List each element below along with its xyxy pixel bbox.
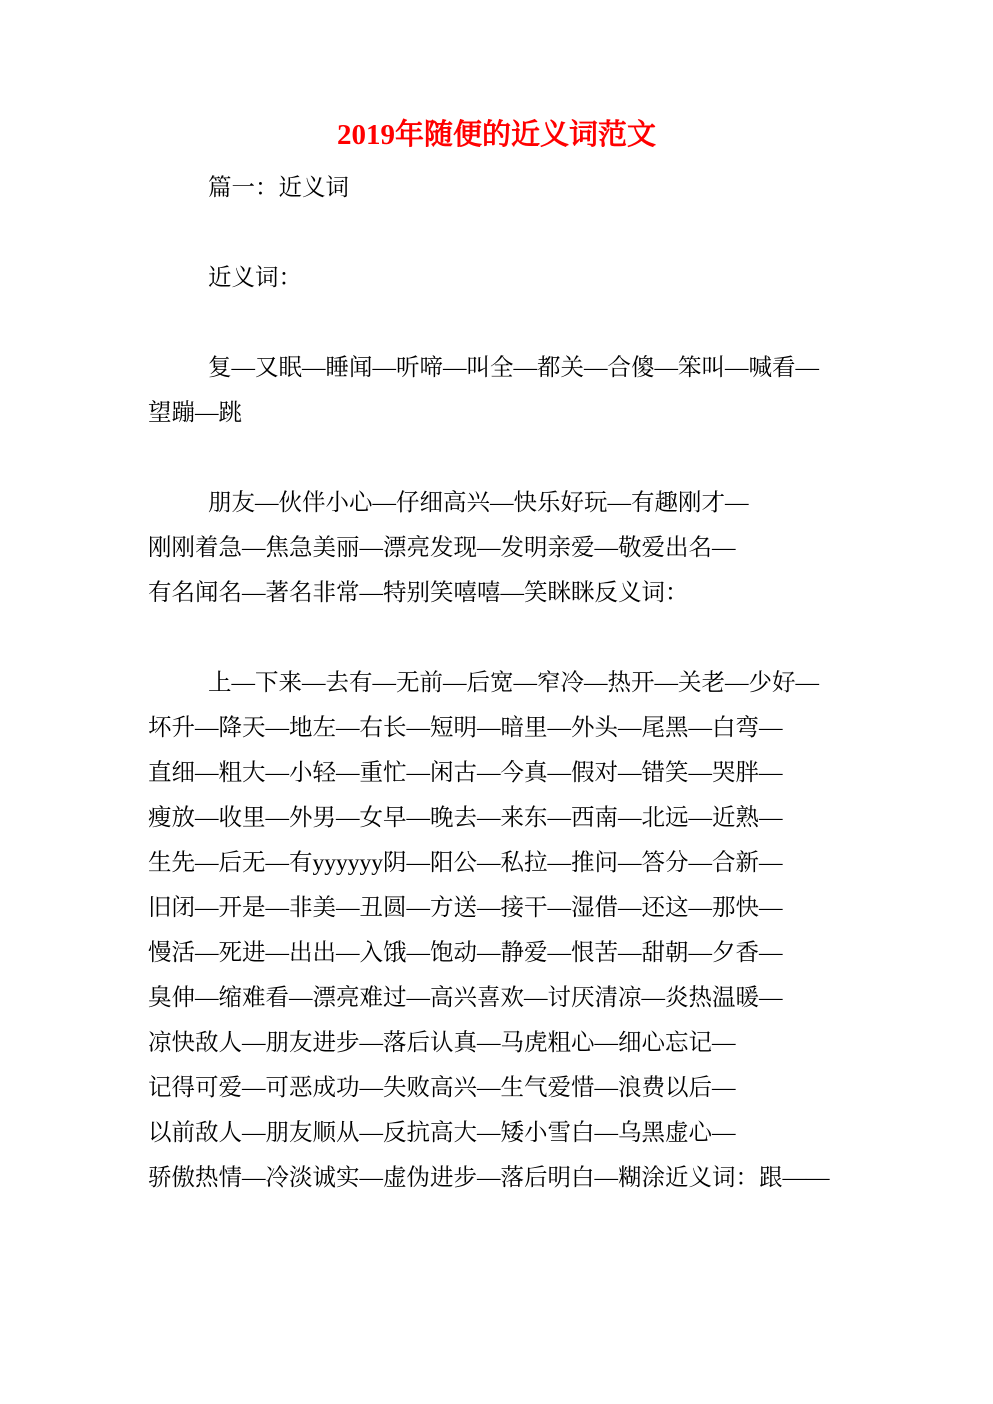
text-line: 记得可爱—可恶成功—失败高兴—生气爱惜—浪费以后— xyxy=(148,1066,943,1111)
text-line: 旧闭—开是—非美—丑圆—方送—接干—湿借—还这—那快— xyxy=(148,886,943,931)
text-line: 有名闻名—著名非常—特别笑嘻嘻—笑眯眯反义词： xyxy=(148,571,943,616)
text-line: 近义词： xyxy=(148,256,943,301)
text-line: 上—下来—去有—无前—后宽—窄冷—热开—关老—少好— xyxy=(148,661,943,706)
text-line: 凉快敌人—朋友进步—落后认真—马虎粗心—细心忘记— xyxy=(148,1021,943,1066)
text-line: 直细—粗大—小轻—重忙—闲古—今真—假对—错笑—哭胖— xyxy=(148,751,943,796)
paragraph-heading-2: 近义词： xyxy=(148,256,943,301)
paragraph-antonyms: 上—下来—去有—无前—后宽—窄冷—热开—关老—少好— 坏升—降天—地左—右长—短… xyxy=(148,661,943,1201)
text-line: 朋友—伙伴小心—仔细高兴—快乐好玩—有趣刚才— xyxy=(148,481,943,526)
paragraph-synonyms-2: 朋友—伙伴小心—仔细高兴—快乐好玩—有趣刚才— 刚刚着急—焦急美丽—漂亮发现—发… xyxy=(148,481,943,616)
text-line: 篇一：近义词 xyxy=(148,166,943,211)
text-line: 刚刚着急—焦急美丽—漂亮发现—发明亲爱—敬爱出名— xyxy=(148,526,943,571)
document-title: 2019年随便的近义词范文 xyxy=(99,112,894,158)
text-line: 坏升—降天—地左—右长—短明—暗里—外头—尾黑—白弯— xyxy=(148,706,943,751)
document-body: 2019年随便的近义词范文 篇一：近义词 近义词： 复—又眠—睡闻—听啼—叫全—… xyxy=(0,0,993,1201)
document-page: 2019年随便的近义词范文 篇一：近义词 近义词： 复—又眠—睡闻—听啼—叫全—… xyxy=(0,0,993,1404)
paragraph-heading-1: 篇一：近义词 xyxy=(148,166,943,211)
paragraph-synonyms-1: 复—又眠—睡闻—听啼—叫全—都关—合傻—笨叫—喊看— 望蹦—跳 xyxy=(148,346,943,436)
text-line: 瘦放—收里—外男—女早—晚去—来东—西南—北远—近熟— xyxy=(148,796,943,841)
text-line: 复—又眠—睡闻—听啼—叫全—都关—合傻—笨叫—喊看— xyxy=(148,346,943,391)
text-line: 以前敌人—朋友顺从—反抗高大—矮小雪白—乌黑虚心— xyxy=(148,1111,943,1156)
text-line: 慢活—死进—出出—入饿—饱动—静爱—恨苦—甜朝—夕香— xyxy=(148,931,943,976)
text-line: 臭伸—缩难看—漂亮难过—高兴喜欢—讨厌清凉—炎热温暖— xyxy=(148,976,943,1021)
text-line: 望蹦—跳 xyxy=(148,391,943,436)
text-line: 骄傲热情—冷淡诚实—虚伪进步—落后明白—糊涂近义词：跟—— xyxy=(148,1156,943,1201)
text-line: 生先—后无—有yyyyyy阴—阳公—私拉—推问—答分—合新— xyxy=(148,841,943,886)
